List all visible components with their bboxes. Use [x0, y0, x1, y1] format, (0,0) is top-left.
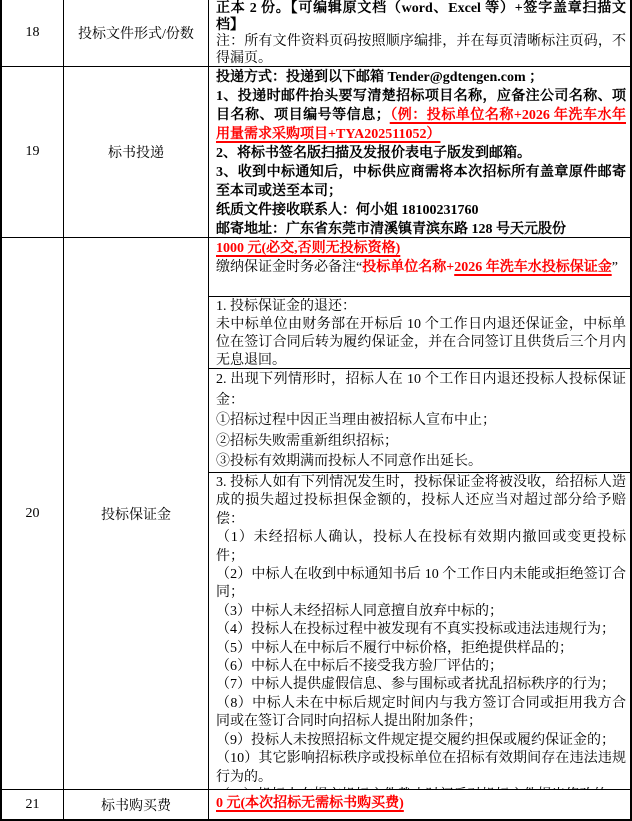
text-line: 1、投递时邮件抬头要写清楚招标项目名称，应备注公司名称、项目名称、项目编号等信息…	[216, 87, 626, 144]
document-page: 18 投标文件形式/份数 正本 2 份。【可编辑原文档（word、Excel 等…	[0, 0, 632, 821]
text-segment: 正本 2 份。【可编辑原文档（word、Excel 等）+签字盖章扫描文档】	[216, 1, 626, 33]
text-segment: 1000 元(必交,否则无投标资格)	[216, 241, 400, 256]
text-line: （1）未经招标人确认，投标人在投标有效期内撤回或变更投标件；	[216, 529, 626, 566]
text-segment: ②招标失败需重新组织招标；	[216, 434, 398, 449]
text-line: （5）中标人在中标后不履行中标价格，拒绝提供样品的；	[216, 640, 626, 658]
row-19-label: 标书投递	[64, 67, 209, 238]
text-segment: ①招标过程中因正当理由被招标人宣布中止；	[216, 413, 496, 428]
row-20-number: 20	[2, 238, 64, 790]
text-line: （3）中标人未经招标人同意擅自放弃中标的；	[216, 603, 626, 621]
row-19-content: 投递方式：投递到以下邮箱 Tender@gdtengen.com ；1、投递时邮…	[209, 67, 630, 238]
text-segment: ”	[612, 260, 618, 275]
text-segment: 2026 年洗车水投标保证金	[454, 260, 612, 275]
deposit-amount-subcell: 1000 元(必交,否则无投标资格)缴纳保证金时务必备注“投标单位名称+2026…	[209, 238, 630, 297]
text-line: 邮寄地址：广东省东莞市清溪镇青滨东路 128 号天元股份	[216, 220, 626, 238]
row-20-label: 投标保证金	[64, 238, 209, 790]
text-line: 2. 出现下列情形时，招标人在 10 个工作日内退还投标人投标保证金：	[216, 370, 626, 411]
text-segment: （8）中标人未在中标后规定时间内与我方签订合同或拒用我方合同或在签订合同时向招标…	[216, 696, 626, 729]
tender-info-table: 18 投标文件形式/份数 正本 2 份。【可编辑原文档（word、Excel 等…	[0, 0, 632, 821]
row-20-content: 1000 元(必交,否则无投标资格)缴纳保证金时务必备注“投标单位名称+2026…	[209, 238, 630, 790]
text-line: 1. 投标保证金的退还：	[216, 298, 626, 316]
text-segment: 投递方式：投递到以下邮箱 Tender@gdtengen.com ；	[216, 70, 543, 85]
text-line: （11）投标人在提交投标文件截止时间后对投标文件提出修改的；	[216, 787, 626, 789]
row-21-number: 21	[2, 790, 64, 819]
text-segment: 1. 投标保证金的退还：	[216, 299, 356, 314]
text-segment: 缴纳保证金时务必备注	[216, 260, 356, 275]
text-segment: ③投标有效期满而投标人不同意作出延长。	[216, 454, 482, 469]
text-segment: 3. 投标人如有下列情况发生时，投标保证金将被没收，给招标人造成的损失超过投标担…	[216, 475, 626, 527]
text-line: 2、将标书签名版扫描及发报价表电子版发到邮箱。	[216, 144, 626, 163]
text-line: ③投标有效期满而投标人不同意作出延长。	[216, 452, 626, 473]
text-segment: 0 元(本次招标无需标书购买费)	[216, 796, 404, 811]
text-line: 1000 元(必交,否则无投标资格)	[216, 239, 626, 258]
text-segment: 未中标单位由财务部在开标后 10 个工作日内退还保证金，中标单位在签订合同后转为…	[216, 317, 626, 368]
text-line: （2）中标人在收到中标通知书后 10 个工作日内未能或拒绝签订合同；	[216, 566, 626, 603]
text-line: 3、收到中标通知后，中标供应商需将本次招标所有盖章原件邮寄至本司或送至本司；	[216, 163, 626, 201]
text-segment: 2、将标书签名版扫描及发报价表电子版发到邮箱。	[216, 146, 531, 161]
text-segment: 邮寄地址：广东省东莞市清溪镇青滨东路 128 号天元股份	[216, 222, 566, 237]
row-18-number: 18	[2, 0, 64, 67]
text-line: ①招标过程中因正当理由被招标人宣布中止；	[216, 411, 626, 432]
row-18-label: 投标文件形式/份数	[64, 0, 209, 67]
text-line: （8）中标人未在中标后规定时间内与我方签订合同或拒用我方合同或在签订合同时向招标…	[216, 695, 626, 732]
row-21-content: 0 元(本次招标无需标书购买费)	[209, 790, 630, 819]
deposit-refund-cases-subcell: 2. 出现下列情形时，招标人在 10 个工作日内退还投标人投标保证金：①招标过程…	[209, 369, 630, 473]
text-line: 纸质文件接收联系人：何小姐 18100231760	[216, 201, 626, 220]
text-line: （9）投标人未按照招标文件规定提交履约担保或履约保证金的；	[216, 732, 626, 750]
text-line: 缴纳保证金时务必备注“投标单位名称+2026 年洗车水投标保证金”	[216, 258, 626, 277]
text-line: 0 元(本次招标无需标书购买费)	[216, 794, 626, 813]
text-segment: （6）中标人在中标后不接受我方验厂评估的；	[216, 659, 503, 674]
deposit-forfeit-cases-subcell: 3. 投标人如有下列情况发生时，投标保证金将被没收，给招标人造成的损失超过投标担…	[209, 473, 630, 789]
text-segment: 2. 出现下列情形时，招标人在 10 个工作日内退还投标人投标保证金：	[216, 372, 626, 408]
text-line: 注：所有文件资料页码按照顺序编排，并在每页清晰标注页码，不得漏页。	[216, 34, 626, 67]
text-segment: （1）未经招标人确认，投标人在投标有效期内撤回或变更投标件；	[216, 530, 626, 563]
text-segment: （11）投标人在提交投标文件截止时间后对投标文件提出修改的；	[216, 788, 621, 789]
text-segment: （5）中标人在中标后不履行中标价格，拒绝提供样品的；	[216, 641, 573, 656]
text-segment: 3、收到中标通知后，中标供应商需将本次招标所有盖章原件邮寄至本司或送至本司；	[216, 165, 626, 199]
text-segment: （7）中标人提供虚假信息、参与围标或者扰乱招标秩序的行为；	[216, 677, 615, 692]
deposit-refund-subcell: 1. 投标保证金的退还：未中标单位由财务部在开标后 10 个工作日内退还保证金，…	[209, 297, 630, 369]
text-line: 正本 2 份。【可编辑原文档（word、Excel 等）+签字盖章扫描文档】	[216, 1, 626, 34]
text-segment: （9）投标人未按照招标文件规定提交履约担保或履约保证金的；	[216, 733, 615, 748]
text-line: ②招标失败需重新组织招标；	[216, 432, 626, 453]
text-line: （7）中标人提供虚假信息、参与围标或者扰乱招标秩序的行为；	[216, 676, 626, 694]
text-line: 投递方式：投递到以下邮箱 Tender@gdtengen.com ；	[216, 68, 626, 87]
text-segment: （2）中标人在收到中标通知书后 10 个工作日内未能或拒绝签订合同；	[216, 567, 626, 600]
text-segment: （4）投标人在投标过程中被发现有不真实投标或违法违规行为；	[216, 622, 615, 637]
text-line: （6）中标人在中标后不接受我方验厂评估的；	[216, 658, 626, 676]
row-18-content: 正本 2 份。【可编辑原文档（word、Excel 等）+签字盖章扫描文档】注：…	[209, 0, 630, 67]
row-21-label: 标书购买费	[64, 790, 209, 819]
text-line: 3. 投标人如有下列情况发生时，投标保证金将被没收，给招标人造成的损失超过投标担…	[216, 474, 626, 529]
text-line: 未中标单位由财务部在开标后 10 个工作日内退还保证金，中标单位在签订合同后转为…	[216, 316, 626, 369]
text-segment: 投标单位名称+	[362, 260, 454, 275]
deposit-subcells: 1000 元(必交,否则无投标资格)缴纳保证金时务必备注“投标单位名称+2026…	[209, 238, 630, 789]
text-segment: （3）中标人未经招标人同意擅自放弃中标的；	[216, 604, 503, 619]
text-line: （4）投标人在投标过程中被发现有不真实投标或违法违规行为；	[216, 621, 626, 639]
text-segment: 注：所有文件资料页码按照顺序编排，并在每页清晰标注页码，不得漏页。	[216, 34, 626, 66]
text-line: （10）其它影响招标秩序或投标单位在招标有效期间存在违法违规行为的。	[216, 750, 626, 787]
row-19-number: 19	[2, 67, 64, 238]
text-segment: 纸质文件接收联系人：何小姐 18100231760	[216, 203, 479, 218]
text-segment: （10）其它影响招标秩序或投标单位在招标有效期间存在违法违规行为的。	[216, 751, 626, 784]
